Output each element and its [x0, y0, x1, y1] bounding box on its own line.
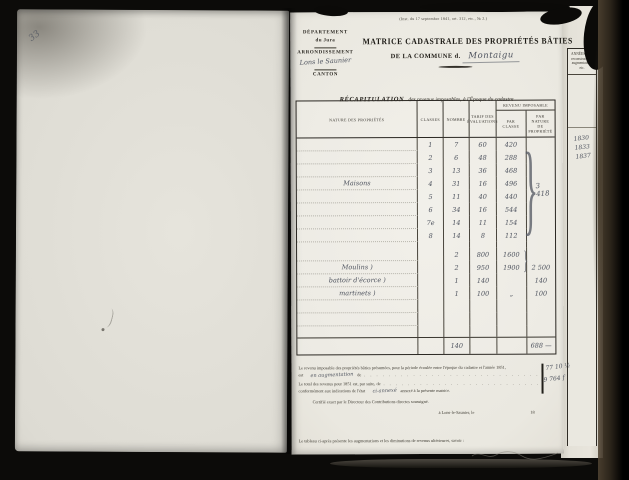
cell-nature — [297, 248, 418, 261]
date-line: à Lons-le-Saunier, le 18 — [299, 411, 543, 416]
column-group-revenu: REVENU IMPOSABLE PAR CLASSE PAR NATURE d… — [496, 101, 554, 137]
cell-par_nature — [526, 203, 554, 216]
handwritten-note: en augmentation — [310, 373, 353, 380]
cell-nombre: 14 — [444, 216, 470, 229]
table-row: 1760420 — [297, 138, 555, 152]
table-row: Moulins )295019002 500 — [297, 261, 555, 275]
reference-note: (Inst. du 17 septembre 1841, art. 312, e… — [388, 16, 498, 21]
cell-classes — [419, 338, 445, 354]
footer-notes: Le revenu imposable des propriétés bâtie… — [298, 366, 542, 417]
total-par-nature: 688 — — [527, 338, 555, 354]
cell-tarif: 100 — [470, 287, 497, 300]
column-header-tarif: TARIF des évaluations — [469, 101, 496, 137]
cell-tarif: 16 — [470, 203, 497, 216]
footer-text: Le total des revenus pour 1851 est, par … — [299, 382, 381, 387]
cell-classes: 8 — [418, 229, 444, 242]
matrice-form-page: (Inst. du 17 septembre 1841, art. 312, e… — [290, 12, 564, 455]
cell-nombre: 6 — [444, 151, 470, 164]
cell-par_classe — [497, 326, 527, 337]
cell-classes: 2 — [418, 151, 444, 164]
leader-dots: . . . . . . . . . . . . . . . . . . . . … — [364, 373, 542, 378]
cell-tarif: 40 — [470, 190, 497, 203]
cell-par_classe — [497, 300, 527, 313]
cell-par_nature: 100 — [527, 287, 555, 300]
cell-tarif: 950 — [470, 261, 497, 274]
cell-par_classe: 440 — [497, 190, 527, 203]
leader-dots: . . . . . . . . . . . . . . . . . . . . … — [384, 381, 543, 386]
cell-par_classe: 154 — [497, 216, 527, 229]
total-nombre: 140 — [444, 338, 470, 354]
cell-par_nature: 2 500 — [527, 261, 555, 274]
table-row: 51140440 — [297, 190, 555, 204]
column-header-revenu: REVENU IMPOSABLE — [496, 101, 554, 111]
cell-nature — [297, 313, 418, 326]
cell-classes — [418, 248, 444, 261]
cell-classes: 1 — [418, 138, 444, 151]
certification-line: Certifié exact par le Directeur des Cont… — [313, 400, 543, 405]
cell-par_nature — [527, 300, 555, 313]
cell-tarif: 60 — [470, 138, 497, 151]
cell-classes — [418, 300, 444, 313]
scanned-document: 33 (Inst. du 17 septembre 1841, art. 312… — [0, 0, 629, 480]
stray-writing — [470, 448, 562, 462]
footer-text: conformément aux indications de l'état — [299, 389, 366, 394]
cell-nombre: 34 — [444, 203, 470, 216]
cell-tarif — [470, 300, 497, 313]
flourish-divider — [438, 66, 472, 68]
cell-nature — [297, 216, 418, 229]
handwritten-note: ci-annexé — [372, 389, 396, 395]
divider-rule — [314, 69, 336, 70]
cell-nature — [297, 138, 418, 151]
commune-label: DE LA COMMUNE d. — [391, 53, 461, 60]
cell-par_classe: 544 — [497, 203, 527, 216]
footer-text: annexé à la présente matrice. — [400, 389, 450, 393]
cell-tarif: 140 — [470, 274, 497, 287]
cell-classes: 3 — [418, 164, 444, 177]
cell-nature — [297, 190, 418, 203]
form-title: MATRICE CADASTRALE DES PROPRIÉTÉS BÂTIES — [363, 36, 548, 47]
cell-nombre: 14 — [444, 229, 470, 242]
cell-par_nature — [526, 151, 554, 164]
cell-par_classe: 1900 — [497, 261, 527, 274]
departement-label: DÉPARTEMENT — [294, 30, 356, 35]
cell-par_nature — [527, 229, 555, 242]
torn-paper-edge — [598, 0, 629, 480]
cell-classes — [418, 274, 444, 287]
cell-tarif: 800 — [470, 248, 497, 261]
table-row: Maisons43116496 — [297, 177, 555, 191]
cell-par_nature — [526, 164, 554, 177]
book-gutter-shadow — [281, 8, 297, 454]
table-header: NATURE DES PROPRIÉTÉS CLASSES NOMBRE TAR… — [297, 101, 555, 139]
cell-classes: 7e — [418, 216, 444, 229]
column-header-par-classe: PAR CLASSE — [496, 111, 526, 137]
cell-par_nature — [527, 216, 555, 229]
footer-text: de — [357, 374, 361, 378]
cell-nature — [297, 326, 418, 337]
cell-nature — [297, 338, 418, 354]
cell-par_classe — [497, 274, 527, 287]
cell-nombre — [444, 313, 470, 326]
place-date: à Lons-le-Saunier, le — [439, 411, 475, 415]
cell-nature — [297, 203, 418, 216]
cell-par_classe: 468 — [497, 164, 527, 177]
table-row: 63416544 — [297, 203, 555, 217]
cell-nombre: 13 — [444, 164, 470, 177]
footer-line-1b: est en augmentation de . . . . . . . . .… — [298, 373, 542, 379]
cell-nature: battoir d'écorce ) — [297, 274, 418, 287]
cell-par_nature: 140 — [527, 274, 555, 287]
table-row: battoir d'écorce )1140140 — [297, 274, 555, 288]
footer-line-2: Le total des revenus pour 1851 est, par … — [299, 381, 543, 386]
stray-ink-mark — [99, 307, 115, 329]
canton-label: CANTON — [294, 72, 356, 77]
column-header-par-nature: PAR NATURE de propriété — [526, 111, 555, 137]
administrative-margin: DÉPARTEMENT du Jura ARRONDISSEMENT Lons … — [294, 28, 356, 77]
totals-row: 140 688 — — [297, 337, 555, 355]
closing-line: Le tableau ci-après présente les augment… — [299, 438, 549, 444]
cell-par-classe — [497, 338, 527, 354]
cell-nombre: 1 — [444, 274, 470, 287]
cell-nombre: 2 — [444, 261, 470, 274]
cell-par_nature — [526, 138, 554, 151]
cell-classes: 5 — [418, 190, 444, 203]
recapitulation-table: NATURE DES PROPRIÉTÉS CLASSES NOMBRE TAR… — [296, 100, 557, 356]
table-row: 31336468 — [297, 164, 555, 178]
table-row — [297, 313, 555, 327]
table-row: martinets )1100„100 — [297, 287, 555, 301]
cell-nature: Moulins ) — [297, 261, 418, 274]
year-prefix: 18 — [530, 411, 534, 415]
cell-par_classe — [497, 313, 527, 326]
cell-par_classe: 420 — [497, 138, 527, 151]
table-row: 7e1411154 — [297, 216, 555, 230]
cell-tarif — [470, 338, 497, 354]
corner-page-number: 33 — [27, 29, 42, 44]
cell-nombre: 2 — [444, 248, 470, 261]
blank-area — [297, 326, 555, 338]
cell-classes: 4 — [418, 177, 444, 190]
cell-par_nature — [527, 326, 555, 337]
cell-nombre — [444, 300, 470, 313]
commune-line: DE LA COMMUNE d. Montaigu — [352, 51, 558, 64]
cell-nombre: 7 — [444, 138, 470, 151]
table-row: 8148112 — [297, 229, 555, 243]
cell-nature — [297, 164, 418, 177]
cell-classes: 6 — [418, 203, 444, 216]
column-header-classes: CLASSES — [418, 101, 444, 137]
footer-text: Le revenu imposable des propriétés bâtie… — [298, 366, 505, 371]
arrondissement-label: ARRONDISSEMENT — [294, 50, 356, 55]
cell-nombre — [444, 326, 470, 337]
table-row — [297, 300, 555, 314]
cell-nature — [297, 300, 418, 313]
rows-autres: 28001600Moulins )295019002 500battoir d'… — [297, 248, 555, 301]
cell-par_classe: 288 — [497, 151, 527, 164]
cell-nature — [297, 229, 418, 242]
cell-tarif: 36 — [470, 164, 497, 177]
cell-par_nature — [527, 313, 555, 326]
cell-classes — [419, 326, 445, 337]
cell-nombre: 31 — [444, 177, 470, 190]
cell-par_classe: 112 — [497, 229, 527, 242]
revenue-total-value: 9 764 f — [543, 374, 565, 384]
table-row: 2648288 — [297, 151, 555, 165]
cell-tarif — [470, 313, 497, 326]
maisons-total-value: 3 418 — [535, 181, 555, 198]
footer-text: est — [298, 374, 303, 378]
cell-par_classe: 1600 — [497, 248, 527, 261]
table-row: 28001600 — [297, 248, 555, 262]
left-blank-page: 33 — [15, 9, 289, 452]
cell-classes — [418, 287, 444, 300]
cell-nature: Maisons — [297, 177, 418, 190]
footer-line-3: conformément aux indications de l'état c… — [299, 389, 543, 395]
column-header-nature: NATURE DES PROPRIÉTÉS — [297, 101, 418, 137]
cell-tarif: 16 — [470, 177, 497, 190]
cell-tarif — [470, 326, 497, 337]
cell-classes — [418, 261, 444, 274]
table-body: 1760420264828831336468Maisons43116496511… — [297, 138, 556, 355]
title-block: MATRICE CADASTRALE DES PROPRIÉTÉS BÂTIES… — [352, 36, 558, 69]
arrondissement-value: Lons le Saunier — [294, 56, 356, 67]
cell-tarif: 8 — [470, 229, 497, 242]
cell-tarif: 48 — [470, 151, 497, 164]
cell-nature: martinets ) — [297, 287, 418, 300]
commune-name: Montaigu — [463, 50, 521, 63]
cell-par_nature — [527, 248, 555, 261]
column-header-nombre: NOMBRE — [444, 101, 470, 137]
cell-par_classe: 496 — [497, 177, 527, 190]
rows-empty — [297, 300, 555, 327]
cell-classes — [419, 313, 445, 326]
cell-nombre: 1 — [444, 287, 470, 300]
rows-maisons: 1760420264828831336468Maisons43116496511… — [297, 138, 555, 243]
footer-line-1: Le revenu imposable des propriétés bâtie… — [298, 366, 542, 371]
departement-value: du Jura — [294, 38, 356, 43]
cell-nature — [297, 151, 418, 164]
cell-par_classe: „ — [497, 287, 527, 300]
cell-tarif: 11 — [470, 216, 497, 229]
cell-nombre: 11 — [444, 190, 470, 203]
divider-rule — [314, 47, 336, 48]
